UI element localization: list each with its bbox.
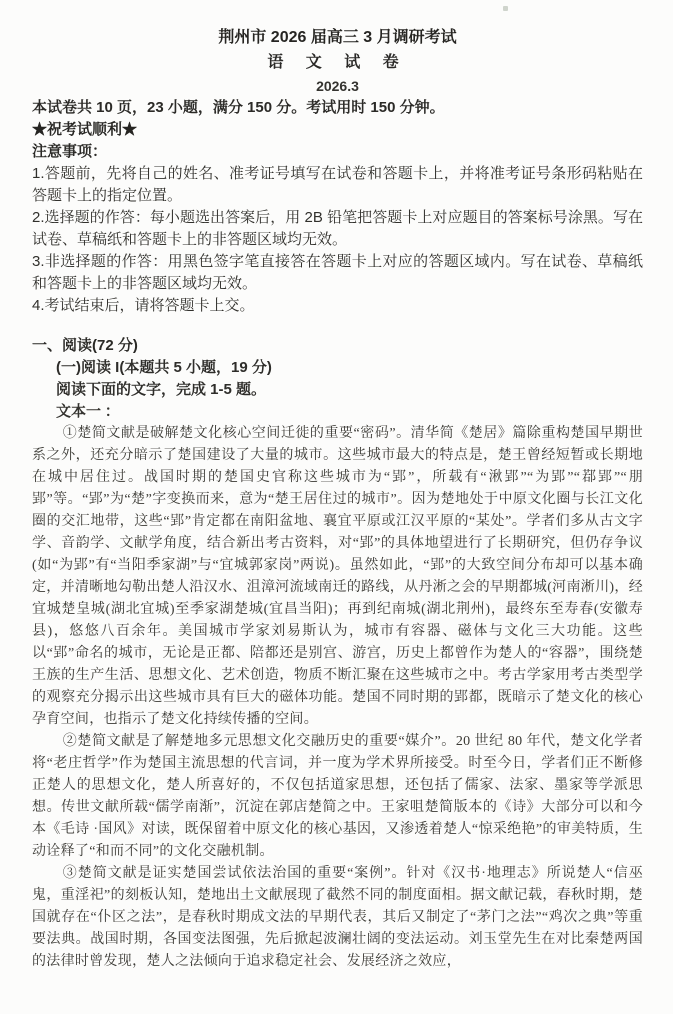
good-luck-line: ★祝考试顺利★ (32, 119, 643, 141)
notice-heading: 注意事项： (32, 141, 643, 163)
text-one-paragraph-2: ②楚简文献是了解楚地多元思想文化交融历史的重要“媒介”。20 世纪 80 年代，… (32, 731, 643, 863)
text-one-label: 文本一 ： (56, 401, 643, 423)
scan-speck (503, 6, 508, 11)
notice-item-2: 2.选择题的作答：每小题选出答案后，用 2B 铅笔把答题卡上对应题目的答案标号涂… (32, 207, 643, 251)
reading-instruction: 阅读下面的文字，完成 1-5 题。 (56, 379, 643, 401)
notice-item-4: 4.考试结束后，请将答题卡上交。 (32, 295, 643, 317)
text-one-paragraph-1: ①楚简文献是破解楚文化核心空间迁徙的重要“密码”。清华简《楚居》篇除重构楚国早期… (32, 423, 643, 731)
text-one-paragraph-3: ③楚简文献是证实楚国尝试依法治国的重要“案例”。针对《汉书·地理志》所说楚人“信… (32, 863, 643, 973)
notice-item-3: 3.非选择题的作答：用黑色签字笔直接答在答题卡上对应的答题区域内。写在试卷、草稿… (32, 251, 643, 295)
subject-title: 语 文 试 卷 (32, 50, 643, 75)
section-heading-reading: 一、阅读(72 分) (32, 335, 643, 357)
part-heading-reading-1: (一)阅读 I(本题共 5 小题，19 分) (56, 357, 643, 379)
notice-item-1: 1.答题前，先将自己的姓名、准考证号填写在试卷和答题卡上，并将准考证号条形码粘贴… (32, 163, 643, 207)
exam-date: 2026.3 (32, 75, 643, 97)
exam-info-line: 本试卷共 10 页，23 小题，满分 150 分。考试用时 150 分钟。 (32, 97, 643, 119)
exam-paper-page: 荆州市 2026 届高三 3 月调研考试 语 文 试 卷 2026.3 本试卷共… (0, 0, 673, 1014)
page-content: 荆州市 2026 届高三 3 月调研考试 语 文 试 卷 2026.3 本试卷共… (0, 0, 673, 973)
exam-title: 荆州市 2026 届高三 3 月调研考试 (32, 26, 643, 50)
